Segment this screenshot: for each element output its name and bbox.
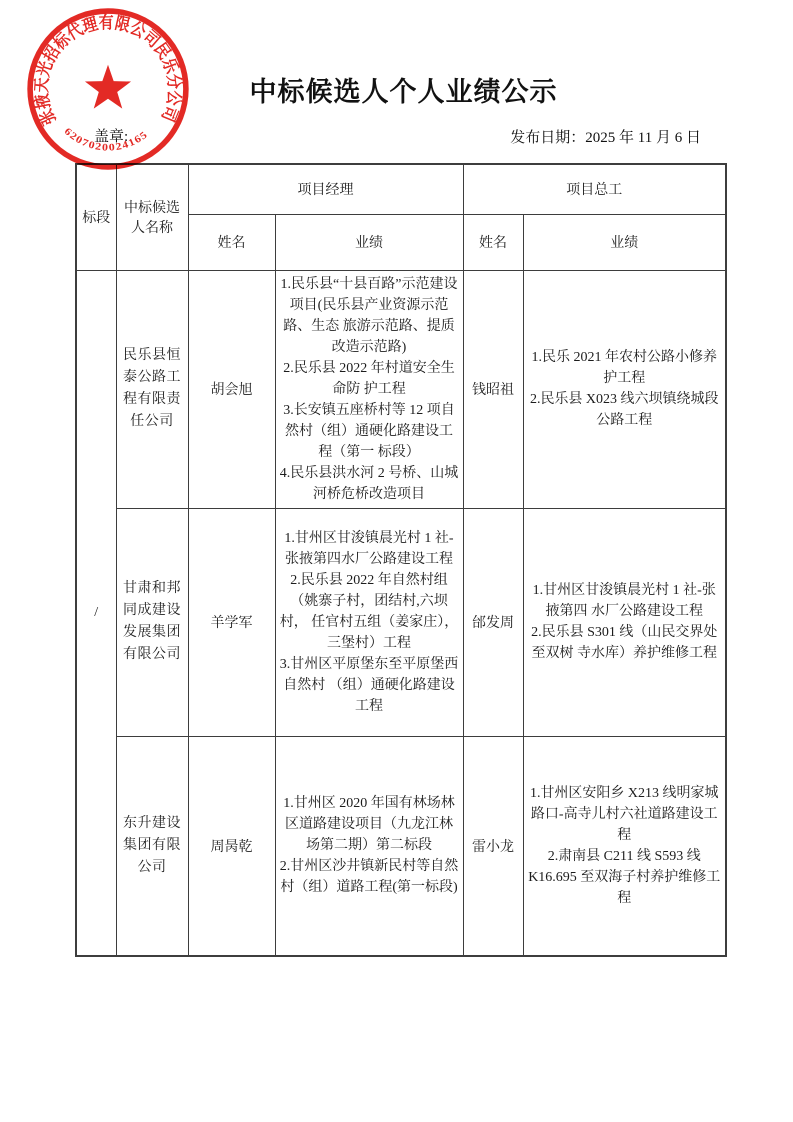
pm-achievements-cell: 1.甘州区甘浚镇晨光村 1 社-张掖第四水厂公路建设工程 2.民乐县 2022 … <box>275 508 463 736</box>
table-row: / 民乐县恒泰公路工程有限责任公司 胡会旭 1.民乐县“十县百路”示范建设项目(… <box>76 270 726 508</box>
pm-name-cell: 羊学军 <box>188 508 275 736</box>
pm-achievements-cell: 1.民乐县“十县百路”示范建设项目(民乐县产业资源示范路、生态 旅游示范路、提质… <box>275 270 463 508</box>
pm-name-cell: 胡会旭 <box>188 270 275 508</box>
results-table: 标段 中标候选人名称 项目经理 项目总工 姓名 业绩 姓名 业绩 / 民乐县恒泰… <box>75 163 727 957</box>
candidate-name-cell: 甘肃和邦同成建设发展集团有限公司 <box>116 508 188 736</box>
header-pm-name: 姓名 <box>188 214 275 270</box>
ce-name-cell: 钱昭祖 <box>463 270 523 508</box>
candidate-name-cell: 东升建设集团有限公司 <box>116 736 188 956</box>
header-ce-achievement: 业绩 <box>523 214 726 270</box>
seal-star-icon <box>85 65 131 109</box>
company-seal: 张掖天光招标代理有限公司民乐分公司 6207020024165 <box>22 3 194 175</box>
candidate-name-cell: 民乐县恒泰公路工程有限责任公司 <box>116 270 188 508</box>
ce-name-cell: 雷小龙 <box>463 736 523 956</box>
header-ce-name: 姓名 <box>463 214 523 270</box>
header-project-manager: 项目经理 <box>188 164 463 214</box>
ce-achievements-cell: 1.民乐 2021 年农村公路小修养护工程 2.民乐县 X023 线六坝镇绕城段… <box>523 270 726 508</box>
ce-name-cell: 邰发周 <box>463 508 523 736</box>
ce-achievements-cell: 1.甘州区安阳乡 X213 线明家城路口-高寺儿村六社道路建设工程 2.肃南县 … <box>523 736 726 956</box>
section-value-cell: / <box>76 270 116 956</box>
document-page: 张掖天光招标代理有限公司民乐分公司 6207020024165 盖章: 中标候选… <box>0 0 793 1122</box>
table-row: 甘肃和邦同成建设发展集团有限公司 羊学军 1.甘州区甘浚镇晨光村 1 社-张掖第… <box>76 508 726 736</box>
pm-achievements-cell: 1.甘州区 2020 年国有林场林区道路建设项目（九龙江林场第二期）第二标段 2… <box>275 736 463 956</box>
header-chief-engineer: 项目总工 <box>463 164 726 214</box>
publish-date: 发布日期：2025 年 11 月 6 日 <box>510 126 701 147</box>
header-section: 标段 <box>76 164 116 270</box>
header-pm-achievement: 业绩 <box>275 214 463 270</box>
ce-achievements-cell: 1.甘州区甘浚镇晨光村 1 社-张掖第四 水厂公路建设工程 2.民乐县 S301… <box>523 508 726 736</box>
seal-serial-number: 6207020024165 <box>62 126 151 154</box>
table-row: 东升建设集团有限公司 周昺乾 1.甘州区 2020 年国有林场林区道路建设项目（… <box>76 736 726 956</box>
pm-name-cell: 周昺乾 <box>188 736 275 956</box>
header-candidate: 中标候选人名称 <box>116 164 188 270</box>
svg-text:6207020024165: 6207020024165 <box>62 126 151 154</box>
